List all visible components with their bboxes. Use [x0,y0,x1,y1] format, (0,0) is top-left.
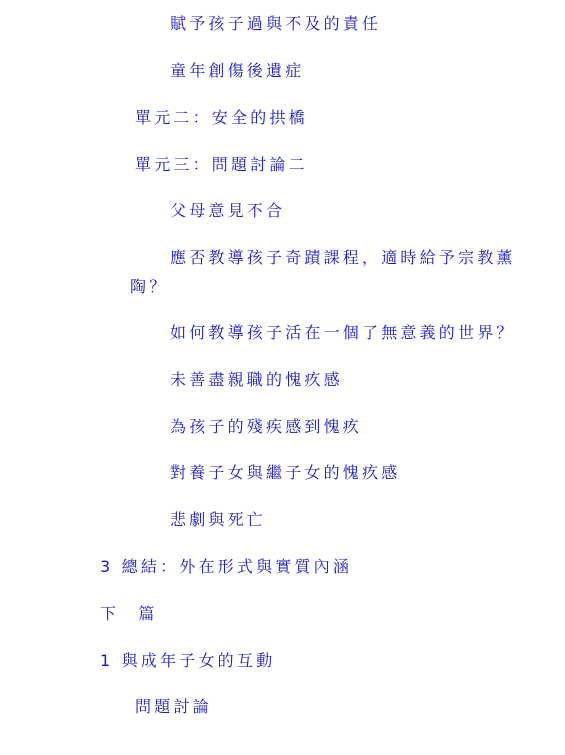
toc-link[interactable]: 未善盡親職的愧疚感 [170,370,343,389]
toc-link[interactable]: 1 與成年子女的互動 [100,651,275,670]
toc-item-discussion[interactable]: 問題討論 [135,696,212,718]
toc-link[interactable]: 悲劇與死亡 [170,510,266,529]
toc-link[interactable]: 對養子女與繼子女的愧疚感 [170,463,400,482]
toc-link[interactable]: 父母意見不合 [170,201,285,220]
toc-item-tragedy-death[interactable]: 悲劇與死亡 [170,509,266,531]
toc-link[interactable]: 問題討論 [135,697,212,716]
toc-link[interactable]: 為孩子的殘疾感到愧疚 [170,417,362,436]
toc-link[interactable]: 賦予孩子過與不及的責任 [170,14,381,33]
toc-item-meaningless-world[interactable]: 如何教導孩子活在一個了無意義的世界？ [170,322,516,344]
toc-link[interactable]: 下 篇 [100,604,158,623]
toc-item-summary[interactable]: 3 總結：外在形式與實質內涵 [100,556,352,578]
toc-link[interactable]: 陶？ [130,277,168,296]
toc-item-adopted-step-children[interactable]: 對養子女與繼子女的愧疚感 [170,462,400,484]
toc-item-parenting-guilt[interactable]: 未善盡親職的愧疚感 [170,369,343,391]
toc-item-religious-teaching-line2[interactable]: 陶？ [130,276,168,298]
toc-link[interactable]: 如何教導孩子活在一個了無意義的世界？ [170,323,516,342]
toc-item-parents-disagree[interactable]: 父母意見不合 [170,200,285,222]
toc-item-religious-teaching-line1[interactable]: 應否教導孩子奇蹟課程，適時給予宗教薰 [170,247,516,269]
toc-item-part-two[interactable]: 下 篇 [100,603,158,625]
toc-link[interactable]: 單元三：問題討論二 [135,155,308,174]
toc-item-unit-three[interactable]: 單元三：問題討論二 [135,154,308,176]
toc-link[interactable]: 童年創傷後遺症 [170,61,304,80]
toc-link[interactable]: 應否教導孩子奇蹟課程，適時給予宗教薰 [170,248,516,267]
toc-item-childhood-trauma[interactable]: 童年創傷後遺症 [170,60,304,82]
toc-link[interactable]: 3 總結：外在形式與實質內涵 [100,557,352,576]
toc-item-responsibility[interactable]: 賦予孩子過與不及的責任 [170,13,381,35]
toc-link[interactable]: 單元二：安全的拱橋 [135,108,308,127]
toc-item-unit-two[interactable]: 單元二：安全的拱橋 [135,107,308,129]
toc-item-disability-guilt[interactable]: 為孩子的殘疾感到愧疚 [170,416,362,438]
toc-item-adult-children[interactable]: 1 與成年子女的互動 [100,650,275,672]
